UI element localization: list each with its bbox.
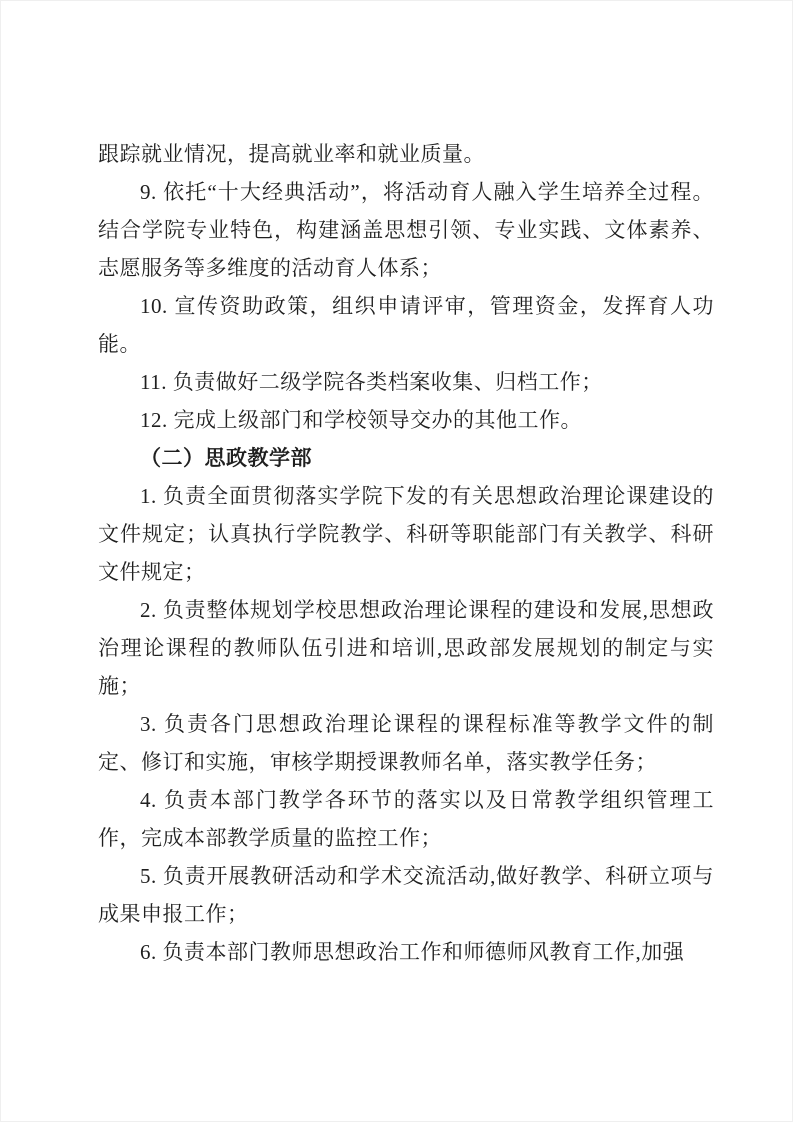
body-paragraph: 6. 负责本部门教师思想政治工作和师德师风教育工作,加强 — [98, 933, 714, 971]
document-page: 跟踪就业情况，提高就业率和就业质量。9. 依托“十大经典活动”，将活动育人融入学… — [0, 0, 793, 1122]
body-paragraph: 2. 负责整体规划学校思想政治理论课程的建设和发展,思想政治理论课程的教师队伍引… — [98, 591, 714, 705]
body-paragraph: 10. 宣传资助政策，组织申请评审，管理资金，发挥育人功能。 — [98, 287, 714, 363]
body-paragraph: 3. 负责各门思想政治理论课程的课程标准等教学文件的制定、修订和实施，审核学期授… — [98, 705, 714, 781]
body-paragraph: 5. 负责开展教研活动和学术交流活动,做好教学、科研立项与成果申报工作； — [98, 857, 714, 933]
document-body: 跟踪就业情况，提高就业率和就业质量。9. 依托“十大经典活动”，将活动育人融入学… — [98, 135, 714, 971]
body-paragraph: 11. 负责做好二级学院各类档案收集、归档工作； — [98, 363, 714, 401]
section-heading: （二）思政教学部 — [98, 439, 714, 477]
body-paragraph: 12. 完成上级部门和学校领导交办的其他工作。 — [98, 401, 714, 439]
body-paragraph: 跟踪就业情况，提高就业率和就业质量。 — [98, 135, 714, 173]
body-paragraph: 1. 负责全面贯彻落实学院下发的有关思想政治理论课建设的文件规定；认真执行学院教… — [98, 477, 714, 591]
body-paragraph: 4. 负责本部门教学各环节的落实以及日常教学组织管理工作，完成本部教学质量的监控… — [98, 781, 714, 857]
body-paragraph: 9. 依托“十大经典活动”，将活动育人融入学生培养全过程。结合学院专业特色，构建… — [98, 173, 714, 287]
